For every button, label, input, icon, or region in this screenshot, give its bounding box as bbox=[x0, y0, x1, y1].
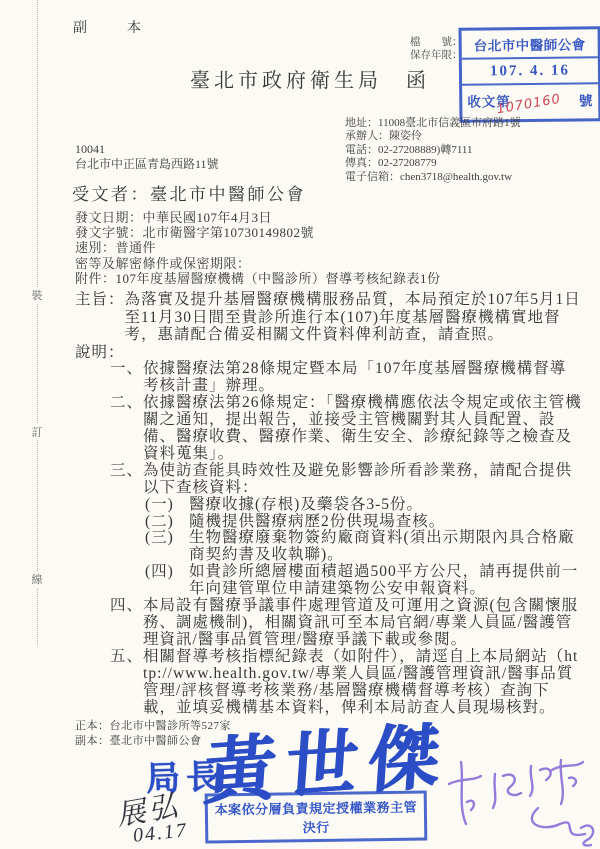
binding-dotted-line bbox=[37, 0, 38, 645]
received-stamp-suffix: 號 bbox=[579, 89, 594, 109]
list-item: 二、 依據醫療法第26條規定：「醫療機構應依法令規定或依主管機關之通知，提出報告… bbox=[110, 395, 582, 463]
meta-block: 發文日期：中華民國107年4月3日 發文字號：北市衛醫字第10730149802… bbox=[75, 210, 582, 286]
recipient-line: 受文者：臺北市中醫師公會 bbox=[72, 180, 306, 205]
subject-text: 為落實及提升基層醫療機構服務品質，本局預定於107年5月1日至11月30日間至貴… bbox=[125, 291, 582, 344]
meta-secrecy: 密等及解密條件或保密期限： bbox=[75, 256, 582, 271]
contact-address: 地址：11008臺北市信義區市府路1號 bbox=[345, 117, 521, 130]
contact-email: 電子信箱：chen3718@health.gov.tw bbox=[345, 171, 521, 184]
meta-speed: 速別：普通件 bbox=[75, 240, 582, 255]
sub-item-label: (四) bbox=[145, 564, 189, 581]
sender-postal-code: 10041 bbox=[75, 142, 219, 157]
list-item: 一、 依據醫療法第28條規定暨本局「107年度基層醫療機構督導考核計畫」辦理。 bbox=[110, 361, 582, 395]
item-text: 依據醫療法第28條規定暨本局「107年度基層醫療機構督導考核計畫」辦理。 bbox=[143, 361, 582, 395]
retention-label: 保存年限： bbox=[410, 49, 463, 62]
contact-fax: 傳真：02-27208779 bbox=[345, 157, 521, 170]
file-number-block: 檔 號： 保存年限： bbox=[410, 36, 463, 62]
item-text: 本局設有醫療爭議事件處理管道及可運用之資源(包含關懷服務、調處機制)，相關資訊可… bbox=[143, 598, 582, 649]
contact-phone: 電話：02-27208889)轉7111 bbox=[345, 144, 521, 157]
item-label: 二、 bbox=[110, 395, 143, 412]
binding-mark-xian: 線 bbox=[29, 571, 45, 587]
binding-mark-zhuang: 裝 bbox=[29, 287, 45, 303]
document-page: 裝 訂 線 副 本 檔 號： 保存年限： 臺北市政府衛生局 函 台北市中醫師公會… bbox=[0, 0, 600, 849]
contact-block: 地址：11008臺北市信義區市府路1號 承辦人：陳姿伶 電話：02-272088… bbox=[345, 117, 521, 184]
file-number-label: 檔 號： bbox=[410, 36, 463, 49]
sub-list-item: (三) 生物醫療廢棄物簽約廠商資料(須出示期限內具合格廠商契約書及收執聯)。 bbox=[145, 530, 582, 564]
meta-date: 發文日期：中華民國107年4月3日 bbox=[75, 210, 582, 225]
sub-list-item: (一) 醫療收據(存根)及藥袋各3-5份。 bbox=[145, 497, 582, 514]
sub-item-text: 生物醫療廢棄物簽約廠商資料(須出示期限內具合格廠商契約書及收執聯)。 bbox=[189, 530, 582, 564]
sub-item-text: 醫療收據(存根)及藥袋各3-5份。 bbox=[189, 497, 582, 514]
item-label: 三、 bbox=[110, 463, 143, 480]
explanation-items: 一、 依據醫療法第28條規定暨本局「107年度基層醫療機構督導考核計畫」辦理。 … bbox=[75, 361, 582, 716]
sub-item-label: (一) bbox=[145, 497, 189, 514]
subject-label: 主旨： bbox=[75, 291, 125, 309]
sub-list-item: (四) 如貴診所總層樓面積超過500平方公尺，請再提供前一年向建管單位申請建築物… bbox=[145, 564, 582, 598]
explanation-label: 說明： bbox=[75, 344, 582, 362]
received-stamp: 台北市中醫師公會 107. 4. 16 收文第 號 1070160 bbox=[459, 26, 600, 122]
received-stamp-org: 台北市中醫師公會 bbox=[462, 29, 598, 57]
sender-street: 台北市中正區青島西路11號 bbox=[75, 157, 219, 172]
subject-paragraph: 主旨： 為落實及提升基層醫療機構服務品質，本局預定於107年5月1日至11月30… bbox=[75, 291, 582, 344]
sub-item-label: (二) bbox=[145, 514, 189, 531]
sub-list-item: (二) 隨機提供醫療病歷2份供現場查核。 bbox=[145, 514, 582, 531]
list-item: 三、 為使訪查能具時效性及避免影響診所看診業務，請配合提供以下查核資料： bbox=[110, 463, 582, 497]
received-stamp-date: 107. 4. 16 bbox=[462, 56, 598, 83]
copy-recipients-line: 副本：臺北市中醫師公會 bbox=[75, 732, 202, 748]
handwritten-date: 04.17 bbox=[132, 819, 189, 848]
copy-label: 副 本 bbox=[73, 17, 154, 37]
sub-item-label: (三) bbox=[145, 530, 189, 547]
illegible-handwriting-scribble bbox=[443, 748, 600, 849]
document-body: 發文日期：中華民國107年4月3日 發文字號：北市衛醫字第10730149802… bbox=[75, 210, 582, 716]
decision-authority-stamp: 本案依分層負責規定授權業務主管決行 bbox=[205, 790, 428, 843]
meta-attachment: 附件：107年度基層醫療機構（中醫診所）督導考核紀錄表1份 bbox=[75, 271, 582, 286]
item-text: 依據醫療法第26條規定：「醫療機構應依法令規定或依主管機關之通知，提出報告，並接… bbox=[143, 395, 582, 463]
contact-person: 承辦人：陳姿伶 bbox=[345, 130, 521, 143]
sub-item-text: 如貴診所總層樓面積超過500平方公尺，請再提供前一年向建管單位申請建築物公安申報… bbox=[189, 564, 582, 598]
item-text: 為使訪查能具時效性及避免影響診所看診業務，請配合提供以下查核資料： bbox=[143, 463, 582, 497]
item-label: 一、 bbox=[110, 361, 143, 378]
document-title: 臺北市政府衛生局 函 bbox=[150, 64, 470, 93]
meta-doc-number: 發文字號：北市衛醫字第10730149802號 bbox=[75, 225, 582, 240]
item-label: 五、 bbox=[110, 649, 143, 666]
sender-address-block: 10041 台北市中正區青島西路11號 bbox=[75, 142, 219, 172]
item-label: 四、 bbox=[110, 598, 143, 615]
sub-item-group: (一) 醫療收據(存根)及藥袋各3-5份。 (二) 隨機提供醫療病歷2份供現場查… bbox=[110, 497, 582, 598]
sub-item-text: 隨機提供醫療病歷2份供現場查核。 bbox=[189, 514, 582, 531]
list-item: 四、 本局設有醫療爭議事件處理管道及可運用之資源(包含關懷服務、調處機制)，相關… bbox=[110, 598, 582, 649]
binding-mark-ding: 訂 bbox=[29, 424, 45, 440]
